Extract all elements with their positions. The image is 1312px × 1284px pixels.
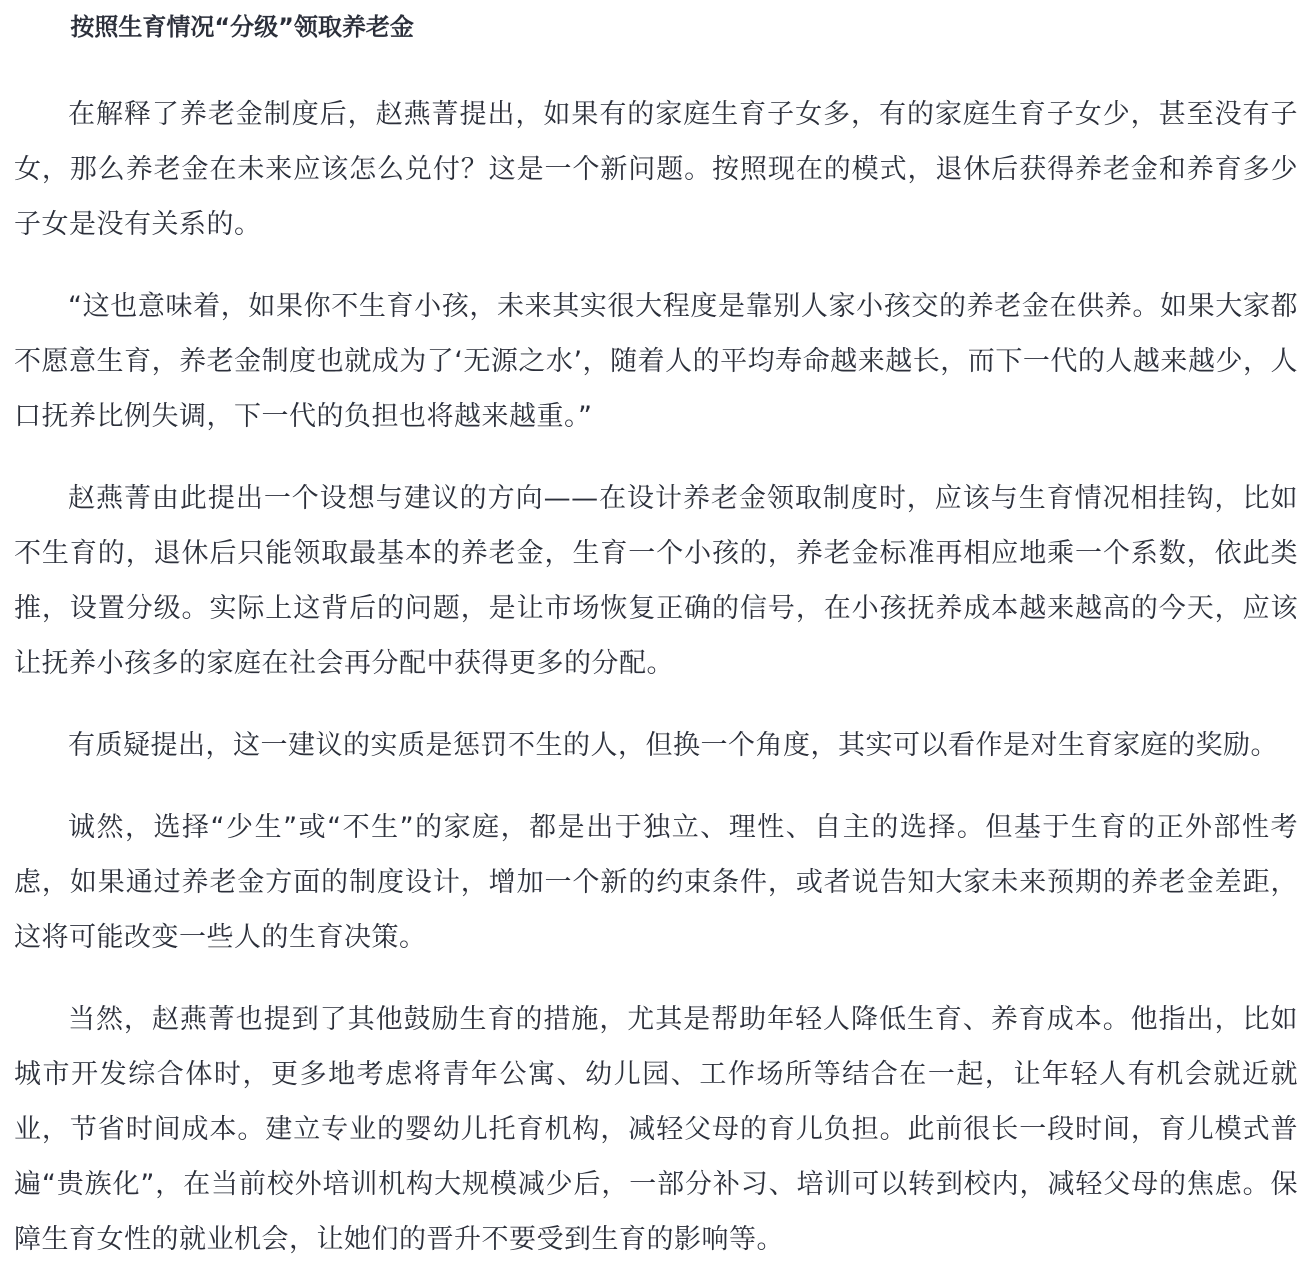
paragraph-5: 诚然，选择“少生”或“不生”的家庭，都是出于独立、理性、自主的选择。但基于生育的…	[14, 800, 1298, 965]
paragraph-2-quote: “这也意味着，如果你不生育小孩，未来其实很大程度是靠别人家小孩交的养老金在供养。…	[14, 279, 1298, 444]
paragraph-4: 有质疑提出，这一建议的实质是惩罚不生的人，但换一个角度，其实可以看作是对生育家庭…	[14, 718, 1298, 773]
paragraph-1: 在解释了养老金制度后，赵燕菁提出，如果有的家庭生育子女多，有的家庭生育子女少，甚…	[14, 87, 1298, 252]
article-body: 按照生育情况“分级”领取养老金 在解释了养老金制度后，赵燕菁提出，如果有的家庭生…	[0, 0, 1312, 1277]
paragraph-3: 赵燕菁由此提出一个设想与建议的方向——在设计养老金领取制度时，应该与生育情况相挂…	[14, 471, 1298, 691]
paragraph-6: 当然，赵燕菁也提到了其他鼓励生育的措施，尤其是帮助年轻人降低生育、养育成本。他指…	[14, 992, 1298, 1267]
section-heading: 按照生育情况“分级”领取养老金	[14, 12, 1298, 42]
